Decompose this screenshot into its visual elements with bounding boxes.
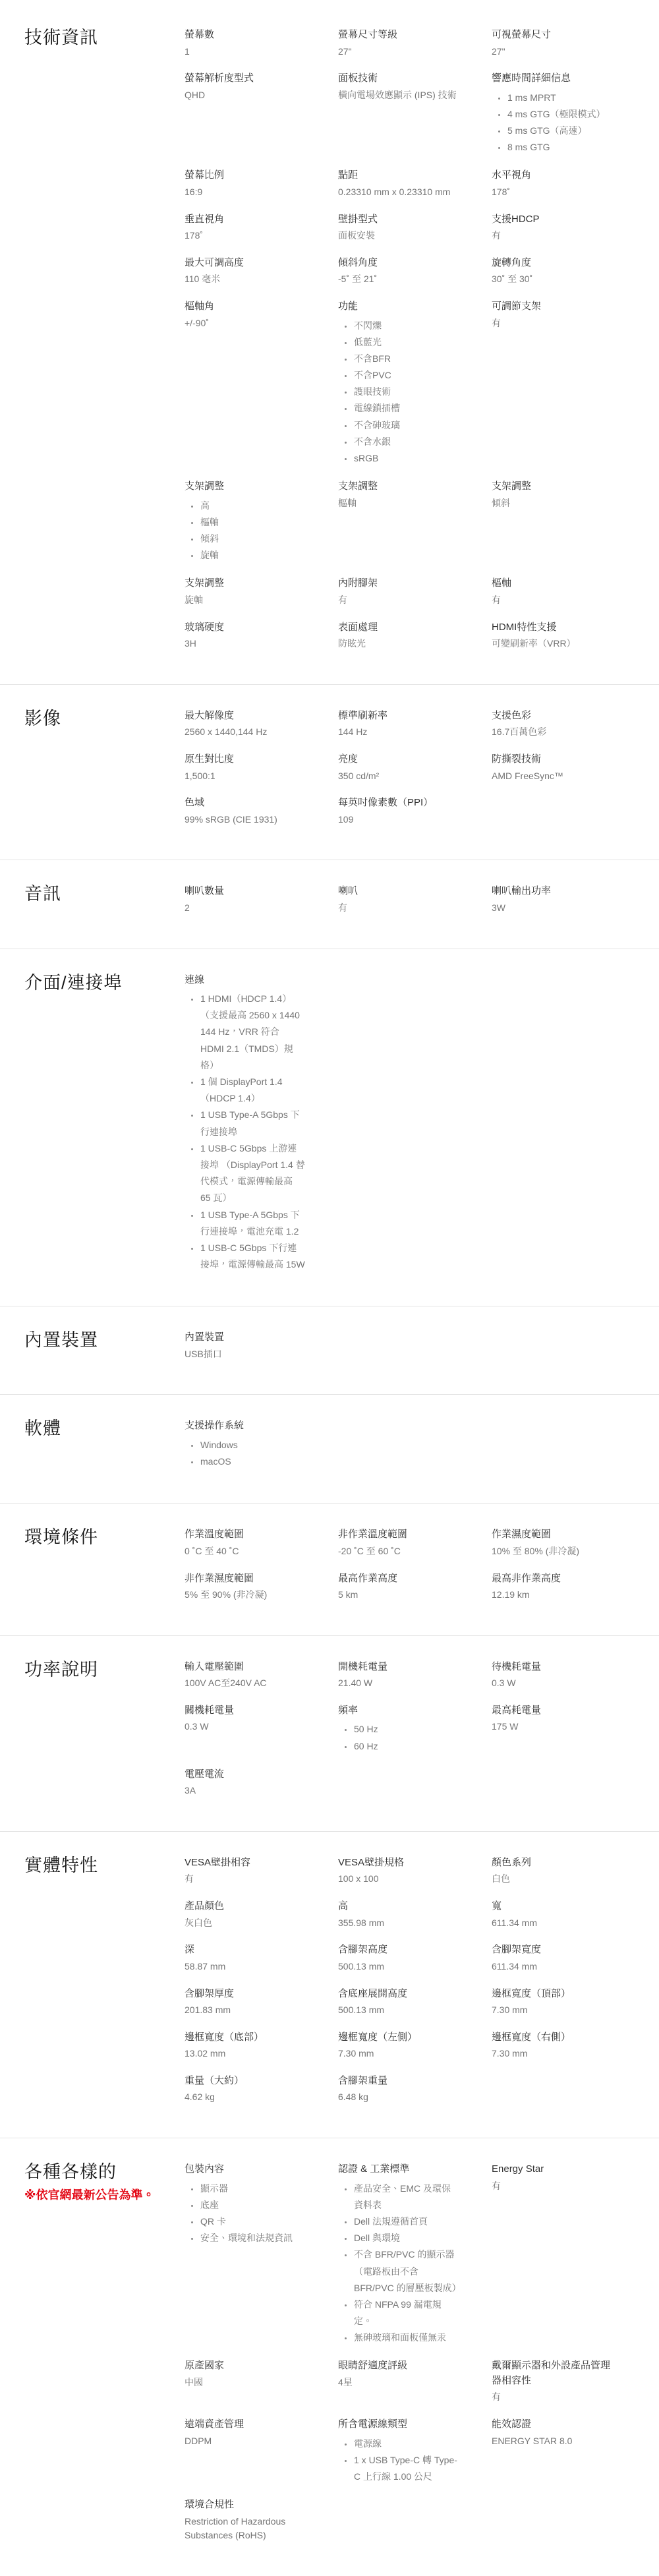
spec-label: 喇叭 bbox=[338, 884, 459, 899]
spec-row: VESA壁掛相容有VESA壁掛規格100 x 100顏色系列白色 bbox=[185, 1856, 646, 1887]
spec-label: 響應時間詳細信息 bbox=[492, 71, 612, 86]
spec-value: 5 km bbox=[338, 1588, 459, 1602]
spec-section: 實體特性VESA壁掛相容有VESA壁掛規格100 x 100顏色系列白色產品顏色… bbox=[0, 1831, 659, 2138]
spec-row: 連線1 HDMI（HDCP 1.4）（支援最高 2560 x 1440 144 … bbox=[185, 973, 646, 1273]
spec-label: 水平視角 bbox=[492, 168, 612, 183]
spec-label: 支援操作系統 bbox=[185, 1419, 305, 1434]
spec-section: 介面/連接埠連線1 HDMI（HDCP 1.4）（支援最高 2560 x 144… bbox=[0, 949, 659, 1306]
spec-cell: 點距0.23310 mm x 0.23310 mm bbox=[338, 168, 492, 199]
spec-value: AMD FreeSync™ bbox=[492, 769, 612, 784]
spec-cell: 支援色彩16.7百萬色彩 bbox=[492, 709, 645, 740]
spec-list-item: 4 ms GTG（極限模式） bbox=[507, 106, 612, 123]
section-title: 各種各樣的 bbox=[24, 2161, 185, 2184]
spec-value: 7.30 mm bbox=[338, 2047, 459, 2061]
spec-cell: 所含電源線類型電源線1 x USB Type-C 轉 Type-C 上行線 1.… bbox=[338, 2417, 492, 2485]
spec-value: 4.62 kg bbox=[185, 2090, 305, 2105]
spec-list-item: macOS bbox=[200, 1453, 305, 1470]
section-title-column: 各種各樣的※依官網最新公告為準。 bbox=[24, 2161, 185, 2203]
spec-label: 支架調整 bbox=[185, 576, 305, 591]
section-title: 實體特性 bbox=[24, 1854, 185, 1877]
spec-cell: 玻璃硬度3H bbox=[185, 620, 338, 651]
spec-value: Restriction of Hazardous Substances (RoH… bbox=[185, 2515, 305, 2543]
spec-value: 7.30 mm bbox=[492, 2047, 612, 2061]
spec-cell: 水平視角178˚ bbox=[492, 168, 645, 199]
spec-label: 最高耗電量 bbox=[492, 1703, 612, 1718]
spec-list: 產品安全、EMC 及環保資料表Dell 法規遵循首頁Dell 與環境不含 BFR… bbox=[338, 2181, 459, 2347]
spec-value: 100 x 100 bbox=[338, 1872, 459, 1887]
spec-label: Energy Star bbox=[492, 2162, 612, 2177]
spec-value: 0 ˚C 至 40 ˚C bbox=[185, 1544, 305, 1559]
spec-list-item: 1 USB-C 5Gbps 下行連接埠，電源傳輸最高 15W bbox=[200, 1240, 305, 1273]
spec-value: 611.34 mm bbox=[492, 1916, 612, 1931]
spec-cell: 螢幕數1 bbox=[185, 28, 338, 59]
spec-list-item: 5 ms GTG（高速） bbox=[507, 123, 612, 139]
spec-label: VESA壁掛規格 bbox=[338, 1856, 459, 1871]
spec-value: ENERGY STAR 8.0 bbox=[492, 2434, 612, 2449]
spec-label: 頻率 bbox=[338, 1703, 459, 1718]
spec-value: 1,500:1 bbox=[185, 769, 305, 784]
spec-cell: 喇叭數量2 bbox=[185, 884, 338, 915]
spec-cell: 標準刷新率144 Hz bbox=[338, 709, 492, 740]
spec-value: 30˚ 至 30˚ bbox=[492, 272, 612, 287]
spec-cell: 喇叭有 bbox=[338, 884, 492, 915]
spec-cell: 輸入電壓範圍100V AC至240V AC bbox=[185, 1660, 338, 1691]
spec-value: 12.19 km bbox=[492, 1588, 612, 1602]
spec-section: 音訊喇叭數量2喇叭有喇叭輸出功率3W bbox=[0, 860, 659, 948]
section-title: 介面/連接埠 bbox=[24, 972, 185, 995]
spec-value: 16:9 bbox=[185, 185, 305, 200]
spec-value: 中國 bbox=[185, 2376, 305, 2390]
spec-label: 高 bbox=[338, 1899, 459, 1914]
spec-value: QHD bbox=[185, 88, 305, 103]
spec-list-item: 1 USB Type-A 5Gbps 下行連接埠，電池充電 1.2 bbox=[200, 1207, 305, 1240]
spec-cell: 含腳架高度500.13 mm bbox=[338, 1943, 492, 1974]
spec-cell: 可視螢幕尺寸27" bbox=[492, 28, 645, 59]
spec-value: 27" bbox=[492, 45, 612, 59]
spec-label: 戴爾顯示器和外設產品管理器相容性 bbox=[492, 2358, 612, 2388]
spec-cell: 支架調整傾斜 bbox=[492, 479, 645, 510]
spec-label: 內置裝置 bbox=[185, 1330, 305, 1345]
spec-value: 有 bbox=[492, 593, 612, 608]
spec-cell: 電壓電流3A bbox=[185, 1767, 338, 1798]
spec-label: 點距 bbox=[338, 168, 459, 183]
spec-cell: 邊框寬度（底部）13.02 mm bbox=[185, 2030, 338, 2061]
spec-value: 0.3 W bbox=[185, 1720, 305, 1734]
spec-value: DDPM bbox=[185, 2434, 305, 2449]
spec-list-item: 8 ms GTG bbox=[507, 139, 612, 156]
spec-list: 電源線1 x USB Type-C 轉 Type-C 上行線 1.00 公尺 bbox=[338, 2436, 459, 2486]
spec-list-item: 旋軸 bbox=[200, 547, 305, 564]
spec-cell: 表面處理防眩光 bbox=[338, 620, 492, 651]
spec-label: 每英吋像素數（PPI） bbox=[338, 796, 459, 811]
spec-cell: 作業濕度範圍10% 至 80% (非冷凝) bbox=[492, 1527, 645, 1558]
spec-list-item: QR 卡 bbox=[200, 2213, 305, 2230]
spec-list-item: 電線鎖插槽 bbox=[353, 400, 459, 417]
spec-label: 非作業溫度範圍 bbox=[338, 1527, 459, 1542]
spec-cell: VESA壁掛規格100 x 100 bbox=[338, 1856, 492, 1887]
spec-value: 2 bbox=[185, 901, 305, 916]
spec-value: 3H bbox=[185, 637, 305, 651]
spec-value: 有 bbox=[492, 2179, 612, 2194]
spec-value: -5˚ 至 21˚ bbox=[338, 272, 459, 287]
spec-label: 螢幕數 bbox=[185, 28, 305, 43]
spec-value: 3W bbox=[492, 901, 612, 916]
spec-label: 含腳架高度 bbox=[338, 1943, 459, 1958]
spec-label: VESA壁掛相容 bbox=[185, 1856, 305, 1871]
spec-list: WindowsmacOS bbox=[185, 1437, 305, 1470]
section-content: 內置裝置USB插口 bbox=[185, 1329, 646, 1361]
disclaimer-note: ※依官網最新公告為準。 bbox=[24, 2188, 185, 2203]
spec-cell: 遠端資產管理DDPM bbox=[185, 2417, 338, 2448]
spec-label: 色域 bbox=[185, 796, 305, 811]
spec-label: 表面處理 bbox=[338, 620, 459, 635]
spec-value: 100V AC至240V AC bbox=[185, 1676, 305, 1691]
spec-label: 螢幕尺寸等級 bbox=[338, 28, 459, 43]
spec-row: 關機耗電量0.3 W頻率50 Hz60 Hz最高耗電量175 W bbox=[185, 1703, 646, 1755]
spec-label: 樞軸角 bbox=[185, 299, 305, 314]
spec-value: 2560 x 1440,144 Hz bbox=[185, 725, 305, 740]
spec-section: 環境條件作業溫度範圍0 ˚C 至 40 ˚C非作業溫度範圍-20 ˚C 至 60… bbox=[0, 1503, 659, 1635]
spec-cell: 螢幕尺寸等級27" bbox=[338, 28, 492, 59]
spec-cell: 支架調整高樞軸傾斜旋軸 bbox=[185, 479, 338, 564]
spec-label: 可視螢幕尺寸 bbox=[492, 28, 612, 43]
section-title: 音訊 bbox=[24, 883, 185, 906]
spec-row: 含腳架厚度201.83 mm含底座展開高度500.13 mm邊框寬度（頂部）7.… bbox=[185, 1987, 646, 2018]
spec-value: 0.23310 mm x 0.23310 mm bbox=[338, 185, 459, 200]
spec-cell: 邊框寬度（頂部）7.30 mm bbox=[492, 1987, 645, 2018]
spec-cell: 支架調整旋軸 bbox=[185, 576, 338, 607]
spec-list: 高樞軸傾斜旋軸 bbox=[185, 498, 305, 564]
spec-row: 遠端資產管理DDPM所含電源線類型電源線1 x USB Type-C 轉 Typ… bbox=[185, 2417, 646, 2485]
spec-value: 10% 至 80% (非冷凝) bbox=[492, 1544, 612, 1559]
spec-list-item: 1 USB Type-A 5Gbps 下行連接埠 bbox=[200, 1107, 305, 1140]
spec-cell: 待機耗電量0.3 W bbox=[492, 1660, 645, 1691]
spec-label: 認證 & 工業標準 bbox=[338, 2162, 459, 2177]
spec-label: 邊框寬度（右側） bbox=[492, 2030, 612, 2045]
spec-cell: 寬611.34 mm bbox=[492, 1899, 645, 1930]
spec-value: 樞軸 bbox=[338, 496, 459, 511]
spec-label: 標準刷新率 bbox=[338, 709, 459, 724]
spec-row: 重量（大約）4.62 kg含腳架重量6.48 kg bbox=[185, 2074, 646, 2105]
spec-list-item: Windows bbox=[200, 1437, 305, 1453]
spec-cell: 原生對比度1,500:1 bbox=[185, 752, 338, 783]
spec-cell: 最高作業高度5 km bbox=[338, 1571, 492, 1602]
spec-cell: 包裝內容顯示器底座QR 卡安全、環境和法規資訊 bbox=[185, 2162, 338, 2246]
spec-list-item: 無砷玻璃和面板僅無汞 bbox=[353, 2329, 459, 2346]
spec-row: 作業溫度範圍0 ˚C 至 40 ˚C非作業溫度範圍-20 ˚C 至 60 ˚C作… bbox=[185, 1527, 646, 1558]
spec-row: 深58.87 mm含腳架高度500.13 mm含腳架寬度611.34 mm bbox=[185, 1943, 646, 1974]
spec-list-item: 安全、環境和法規資訊 bbox=[200, 2230, 305, 2246]
spec-label: 支架調整 bbox=[338, 479, 459, 494]
spec-label: 關機耗電量 bbox=[185, 1703, 305, 1718]
spec-label: 螢幕比例 bbox=[185, 168, 305, 183]
spec-value: 有 bbox=[492, 229, 612, 243]
spec-list-item: 60 Hz bbox=[353, 1738, 459, 1755]
spec-value: 6.48 kg bbox=[338, 2090, 459, 2105]
spec-value: 13.02 mm bbox=[185, 2047, 305, 2061]
spec-label: 寬 bbox=[492, 1899, 612, 1914]
spec-label: 邊框寬度（頂部） bbox=[492, 1987, 612, 2002]
spec-row: 非作業濕度範圍5% 至 90% (非冷凝)最高作業高度5 km最高非作業高度12… bbox=[185, 1571, 646, 1602]
spec-value: 橫向電場效應顯示 (IPS) 技術 bbox=[338, 88, 459, 103]
spec-section: 軟體支援操作系統WindowsmacOS bbox=[0, 1394, 659, 1503]
spec-cell: 壁掛型式面板安裝 bbox=[338, 212, 492, 243]
spec-label: 含腳架重量 bbox=[338, 2074, 459, 2089]
spec-value: USB插口 bbox=[185, 1347, 305, 1362]
spec-list-item: 1 ms MPRT bbox=[507, 90, 612, 106]
spec-cell: 眼睛舒適度評級4星 bbox=[338, 2358, 492, 2389]
spec-list-item: 不含BFR bbox=[353, 351, 459, 367]
spec-label: 含腳架厚度 bbox=[185, 1987, 305, 2002]
spec-label: 垂直視角 bbox=[185, 212, 305, 227]
spec-list-item: 顯示器 bbox=[200, 2181, 305, 2197]
spec-cell: 防撕裂技術AMD FreeSync™ bbox=[492, 752, 645, 783]
section-title: 功率說明 bbox=[24, 1658, 185, 1682]
section-content: 連線1 HDMI（HDCP 1.4）（支援最高 2560 x 1440 144 … bbox=[185, 972, 646, 1273]
spec-label: 輸入電壓範圍 bbox=[185, 1660, 305, 1675]
spec-list-item: 50 Hz bbox=[353, 1721, 459, 1738]
spec-cell: 關機耗電量0.3 W bbox=[185, 1703, 338, 1734]
spec-value: 7.30 mm bbox=[492, 2003, 612, 2018]
spec-value: 有 bbox=[185, 1872, 305, 1887]
spec-list: 顯示器底座QR 卡安全、環境和法規資訊 bbox=[185, 2181, 305, 2247]
section-content: 螢幕數1螢幕尺寸等級27"可視螢幕尺寸27"螢幕解析度型式QHD面板技術橫向電場… bbox=[185, 26, 646, 651]
spec-cell: 支援操作系統WindowsmacOS bbox=[185, 1419, 338, 1470]
spec-label: 可調節支架 bbox=[492, 299, 612, 314]
spec-list-item: 不含砷玻璃 bbox=[353, 417, 459, 434]
spec-label: 最大可調高度 bbox=[185, 256, 305, 271]
spec-label: 遠端資產管理 bbox=[185, 2417, 305, 2432]
spec-value: 500.13 mm bbox=[338, 2003, 459, 2018]
section-title-column: 功率說明 bbox=[24, 1658, 185, 1682]
spec-label: 防撕裂技術 bbox=[492, 752, 612, 767]
spec-value: 178˚ bbox=[492, 185, 612, 200]
spec-label: 作業濕度範圍 bbox=[492, 1527, 612, 1542]
spec-cell: 每英吋像素數（PPI）109 bbox=[338, 796, 492, 827]
spec-label: 最大解像度 bbox=[185, 709, 305, 724]
spec-cell: 亮度350 cd/m² bbox=[338, 752, 492, 783]
spec-section: 內置裝置內置裝置USB插口 bbox=[0, 1306, 659, 1394]
spec-cell: 最大可調高度110 毫米 bbox=[185, 256, 338, 287]
spec-label: 含腳架寬度 bbox=[492, 1943, 612, 1958]
spec-row: 原生對比度1,500:1亮度350 cd/m²防撕裂技術AMD FreeSync… bbox=[185, 752, 646, 783]
spec-cell: 深58.87 mm bbox=[185, 1943, 338, 1974]
spec-value: 500.13 mm bbox=[338, 1960, 459, 1974]
spec-cell: 傾斜角度-5˚ 至 21˚ bbox=[338, 256, 492, 287]
spec-cell: 色域99% sRGB (CIE 1931) bbox=[185, 796, 338, 827]
section-title: 影像 bbox=[24, 707, 185, 730]
spec-list-item: 護眼技術 bbox=[353, 384, 459, 400]
spec-row: 支架調整旋軸內附腳架有樞軸有 bbox=[185, 576, 646, 607]
spec-value: 109 bbox=[338, 813, 459, 827]
spec-cell: 喇叭輸出功率3W bbox=[492, 884, 645, 915]
spec-list-item: 不含PVC bbox=[353, 367, 459, 384]
spec-cell: Energy Star有 bbox=[492, 2162, 645, 2193]
section-content: 輸入電壓範圍100V AC至240V AC開機耗電量21.40 W待機耗電量0.… bbox=[185, 1658, 646, 1798]
spec-cell: 含腳架重量6.48 kg bbox=[338, 2074, 492, 2105]
spec-list: 1 ms MPRT4 ms GTG（極限模式）5 ms GTG（高速）8 ms … bbox=[492, 90, 612, 156]
spec-value: 611.34 mm bbox=[492, 1960, 612, 1974]
spec-value: +/-90˚ bbox=[185, 316, 305, 331]
spec-cell: 螢幕比例16:9 bbox=[185, 168, 338, 199]
spec-label: 邊框寬度（左側） bbox=[338, 2030, 459, 2045]
spec-row: 螢幕數1螢幕尺寸等級27"可視螢幕尺寸27" bbox=[185, 28, 646, 59]
spec-list: 不閃爍低藍光不含BFR不含PVC護眼技術電線鎖插槽不含砷玻璃不含水銀sRGB bbox=[338, 318, 459, 467]
spec-cell: 含底座展開高度500.13 mm bbox=[338, 1987, 492, 2018]
spec-value: 傾斜 bbox=[492, 496, 612, 511]
spec-label: 待機耗電量 bbox=[492, 1660, 612, 1675]
spec-row: 支援操作系統WindowsmacOS bbox=[185, 1419, 646, 1470]
spec-cell: 支架調整樞軸 bbox=[338, 479, 492, 510]
spec-row: 螢幕解析度型式QHD面板技術橫向電場效應顯示 (IPS) 技術響應時間詳細信息1… bbox=[185, 71, 646, 156]
spec-cell: 面板技術橫向電場效應顯示 (IPS) 技術 bbox=[338, 71, 492, 102]
spec-list-item: 電源線 bbox=[353, 2436, 459, 2452]
section-content: 喇叭數量2喇叭有喇叭輸出功率3W bbox=[185, 883, 646, 915]
spec-cell: 連線1 HDMI（HDCP 1.4）（支援最高 2560 x 1440 144 … bbox=[185, 973, 338, 1273]
section-title-column: 技術資訊 bbox=[24, 26, 185, 49]
spec-label: 傾斜角度 bbox=[338, 256, 459, 271]
spec-label: 旋轉角度 bbox=[492, 256, 612, 271]
section-title: 環境條件 bbox=[24, 1526, 185, 1549]
spec-label: HDMI特性支援 bbox=[492, 620, 612, 635]
spec-label: 喇叭數量 bbox=[185, 884, 305, 899]
spec-cell: 顏色系列白色 bbox=[492, 1856, 645, 1887]
spec-value: 有 bbox=[492, 316, 612, 331]
spec-list: 1 HDMI（HDCP 1.4）（支援最高 2560 x 1440 144 Hz… bbox=[185, 991, 305, 1273]
spec-label: 功能 bbox=[338, 299, 459, 314]
spec-row: 垂直視角178˚壁掛型式面板安裝支援HDCP有 bbox=[185, 212, 646, 243]
spec-label: 原生對比度 bbox=[185, 752, 305, 767]
section-title-column: 介面/連接埠 bbox=[24, 972, 185, 995]
section-title-column: 環境條件 bbox=[24, 1526, 185, 1549]
spec-value: 16.7百萬色彩 bbox=[492, 725, 612, 740]
spec-value: 350 cd/m² bbox=[338, 769, 459, 784]
spec-row: 包裝內容顯示器底座QR 卡安全、環境和法規資訊認證 & 工業標準產品安全、EMC… bbox=[185, 2162, 646, 2346]
spec-cell: 能效認證ENERGY STAR 8.0 bbox=[492, 2417, 645, 2448]
spec-value: 355.98 mm bbox=[338, 1916, 459, 1931]
spec-row: 環境合規性Restriction of Hazardous Substances… bbox=[185, 2498, 646, 2543]
spec-label: 支援HDCP bbox=[492, 212, 612, 227]
spec-cell: 功能不閃爍低藍光不含BFR不含PVC護眼技術電線鎖插槽不含砷玻璃不含水銀sRGB bbox=[338, 299, 492, 467]
spec-label: 喇叭輸出功率 bbox=[492, 884, 612, 899]
spec-cell: 認證 & 工業標準產品安全、EMC 及環保資料表Dell 法規遵循首頁Dell … bbox=[338, 2162, 492, 2346]
section-title-column: 音訊 bbox=[24, 883, 185, 906]
spec-cell: 樞軸有 bbox=[492, 576, 645, 607]
spec-list-item: Dell 與環境 bbox=[353, 2230, 459, 2246]
spec-value: 有 bbox=[338, 593, 459, 608]
spec-value: 1 bbox=[185, 45, 305, 59]
spec-value: 白色 bbox=[492, 1872, 612, 1887]
spec-label: 螢幕解析度型式 bbox=[185, 71, 305, 86]
spec-cell: 支援HDCP有 bbox=[492, 212, 645, 243]
spec-label: 最高非作業高度 bbox=[492, 1571, 612, 1587]
spec-list-item: 不含水銀 bbox=[353, 434, 459, 450]
spec-cell: 產品顏色灰白色 bbox=[185, 1899, 338, 1930]
spec-row: 電壓電流3A bbox=[185, 1767, 646, 1798]
spec-label: 內附腳架 bbox=[338, 576, 459, 591]
spec-cell: 非作業濕度範圍5% 至 90% (非冷凝) bbox=[185, 1571, 338, 1602]
spec-list-item: 1 x USB Type-C 轉 Type-C 上行線 1.00 公尺 bbox=[353, 2452, 459, 2485]
spec-value: 99% sRGB (CIE 1931) bbox=[185, 813, 305, 827]
spec-cell: 原產國家中國 bbox=[185, 2358, 338, 2389]
spec-cell: 高355.98 mm bbox=[338, 1899, 492, 1930]
section-content: 作業溫度範圍0 ˚C 至 40 ˚C非作業溫度範圍-20 ˚C 至 60 ˚C作… bbox=[185, 1526, 646, 1602]
section-title: 內置裝置 bbox=[24, 1329, 185, 1352]
spec-label: 包裝內容 bbox=[185, 2162, 305, 2177]
spec-label: 電壓電流 bbox=[185, 1767, 305, 1782]
spec-cell: 內置裝置USB插口 bbox=[185, 1330, 338, 1361]
spec-cell: 最大解像度2560 x 1440,144 Hz bbox=[185, 709, 338, 740]
spec-list-item: 產品安全、EMC 及環保資料表 bbox=[353, 2181, 459, 2213]
spec-list-item: 1 USB-C 5Gbps 上游連接埠 （DisplayPort 1.4 替代模… bbox=[200, 1140, 305, 1207]
section-title-column: 影像 bbox=[24, 707, 185, 730]
section-title: 軟體 bbox=[24, 1417, 185, 1440]
spec-label: 能效認證 bbox=[492, 2417, 612, 2432]
spec-cell: 垂直視角178˚ bbox=[185, 212, 338, 243]
spec-row: 最大解像度2560 x 1440,144 Hz標準刷新率144 Hz支援色彩16… bbox=[185, 709, 646, 740]
spec-row: 產品顏色灰白色高355.98 mm寬611.34 mm bbox=[185, 1899, 646, 1930]
spec-list-item: 傾斜 bbox=[200, 531, 305, 547]
spec-label: 含底座展開高度 bbox=[338, 1987, 459, 2002]
spec-label: 深 bbox=[185, 1943, 305, 1958]
spec-label: 最高作業高度 bbox=[338, 1571, 459, 1587]
spec-row: 輸入電壓範圍100V AC至240V AC開機耗電量21.40 W待機耗電量0.… bbox=[185, 1660, 646, 1691]
spec-value: 面板安裝 bbox=[338, 229, 459, 243]
spec-label: 非作業濕度範圍 bbox=[185, 1571, 305, 1587]
spec-cell: 戴爾顯示器和外設產品管理器相容性有 bbox=[492, 2358, 645, 2405]
spec-value: 178˚ bbox=[185, 229, 305, 243]
spec-cell: 響應時間詳細信息1 ms MPRT4 ms GTG（極限模式）5 ms GTG（… bbox=[492, 71, 645, 156]
spec-label: 邊框寬度（底部） bbox=[185, 2030, 305, 2045]
spec-row: 喇叭數量2喇叭有喇叭輸出功率3W bbox=[185, 884, 646, 915]
spec-label: 產品顏色 bbox=[185, 1899, 305, 1914]
spec-label: 作業溫度範圍 bbox=[185, 1527, 305, 1542]
spec-cell: 旋轉角度30˚ 至 30˚ bbox=[492, 256, 645, 287]
spec-row: 支架調整高樞軸傾斜旋軸支架調整樞軸支架調整傾斜 bbox=[185, 479, 646, 564]
spec-value: 灰白色 bbox=[185, 1916, 305, 1931]
spec-value: 3A bbox=[185, 1784, 305, 1798]
spec-cell: 開機耗電量21.40 W bbox=[338, 1660, 492, 1691]
spec-list-item: 1 個 DisplayPort 1.4（HDCP 1.4） bbox=[200, 1074, 305, 1107]
spec-value: -20 ˚C 至 60 ˚C bbox=[338, 1544, 459, 1559]
spec-value: 175 W bbox=[492, 1720, 612, 1734]
section-content: 包裝內容顯示器底座QR 卡安全、環境和法規資訊認證 & 工業標準產品安全、EMC… bbox=[185, 2161, 646, 2543]
spec-cell: VESA壁掛相容有 bbox=[185, 1856, 338, 1887]
spec-cell: 最高非作業高度12.19 km bbox=[492, 1571, 645, 1602]
spec-value: 4星 bbox=[338, 2376, 459, 2390]
spec-cell: 可調節支架有 bbox=[492, 299, 645, 330]
spec-value: 21.40 W bbox=[338, 1676, 459, 1691]
spec-label: 原產國家 bbox=[185, 2358, 305, 2374]
section-content: 最大解像度2560 x 1440,144 Hz標準刷新率144 Hz支援色彩16… bbox=[185, 707, 646, 827]
spec-row: 色域99% sRGB (CIE 1931)每英吋像素數（PPI）109 bbox=[185, 796, 646, 827]
spec-label: 眼睛舒適度評級 bbox=[338, 2358, 459, 2374]
spec-label: 支架調整 bbox=[185, 479, 305, 494]
spec-cell: HDMI特性支援可變刷新率（VRR） bbox=[492, 620, 645, 651]
spec-value: 旋軸 bbox=[185, 593, 305, 608]
spec-list-item: 不含 BFR/PVC 的顯示器（電路板由不含 BFR/PVC 的層壓板製成） bbox=[353, 2246, 459, 2297]
section-content: VESA壁掛相容有VESA壁掛規格100 x 100顏色系列白色產品顏色灰白色高… bbox=[185, 1854, 646, 2105]
spec-label: 重量（大約） bbox=[185, 2074, 305, 2089]
spec-row: 邊框寬度（底部）13.02 mm邊框寬度（左側）7.30 mm邊框寬度（右側）7… bbox=[185, 2030, 646, 2061]
spec-row: 玻璃硬度3H表面處理防眩光HDMI特性支援可變刷新率（VRR） bbox=[185, 620, 646, 651]
spec-label: 亮度 bbox=[338, 752, 459, 767]
spec-value: 有 bbox=[492, 2390, 612, 2405]
spec-cell: 非作業溫度範圍-20 ˚C 至 60 ˚C bbox=[338, 1527, 492, 1558]
spec-cell: 含腳架厚度201.83 mm bbox=[185, 1987, 338, 2018]
spec-label: 支援色彩 bbox=[492, 709, 612, 724]
section-title-column: 內置裝置 bbox=[24, 1329, 185, 1352]
